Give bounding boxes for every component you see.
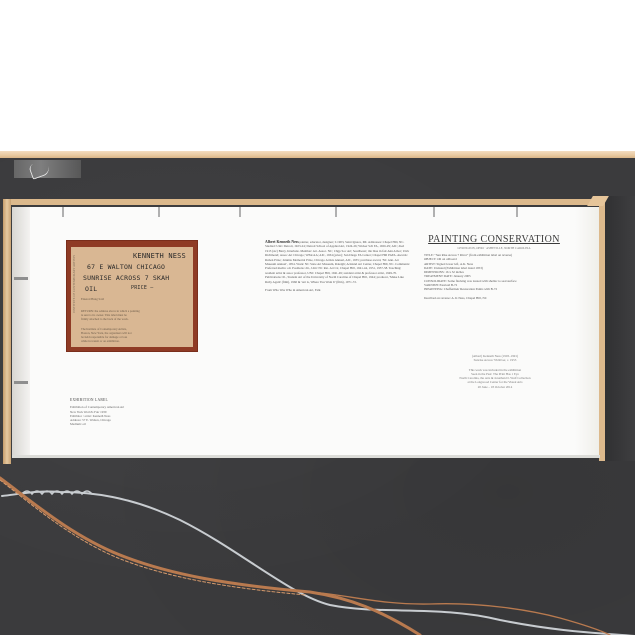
copper-wire: [0, 478, 610, 635]
hanging-wires: [0, 0, 635, 635]
